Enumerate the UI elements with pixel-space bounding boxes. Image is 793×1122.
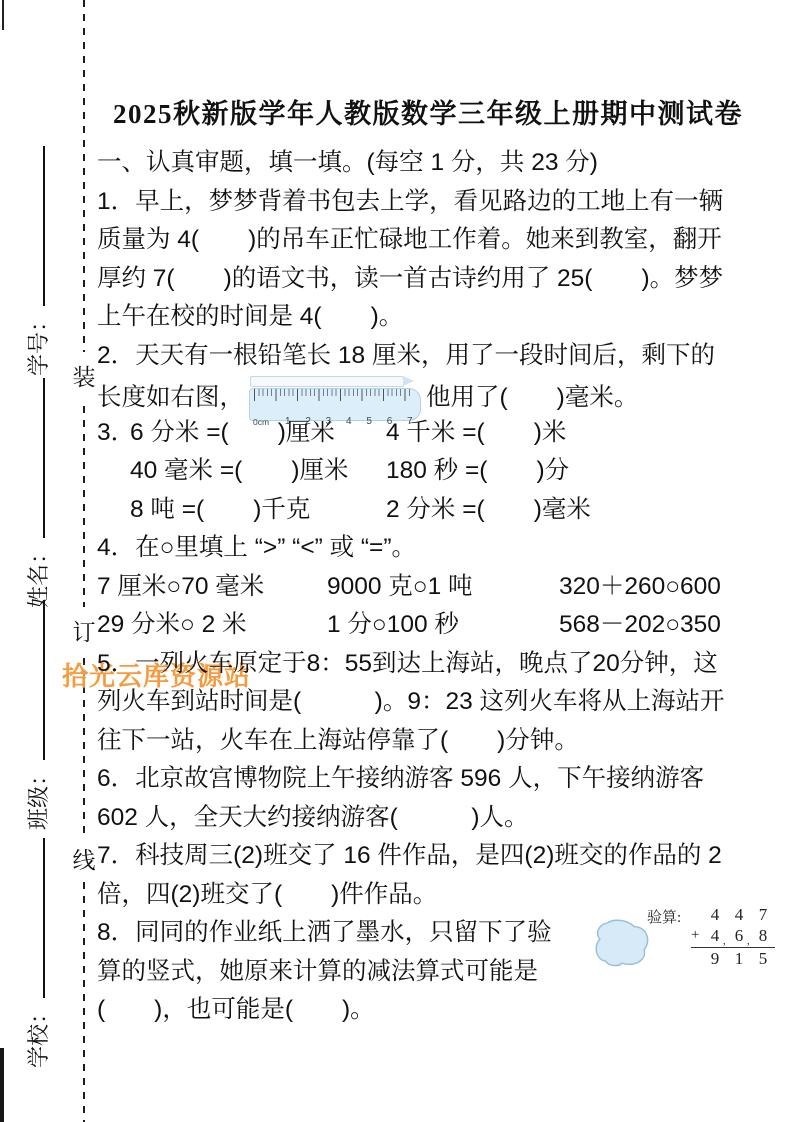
addend-bottom-row: +4,6,8 [691,925,775,948]
ruler-tick-label: 3 [318,403,338,442]
question-1-text: 1．早上，梦梦背着书包去上学，看见路边的工地上有一辆 [97,183,787,222]
ruler-tick-label: 7 [400,403,420,442]
digit: 5 [751,948,775,969]
question-5-text: 往下一站，火车在上海站停靠了( )分钟。 [97,722,787,761]
question-2-text: 2．天天有一根铅笔长 18 厘米，用了一段时间后，剩下的 [97,337,787,376]
digit: 4 [727,904,751,925]
verification-calculation: 验算: 447 +4,6,8 915 [647,904,787,969]
school-blank-line [43,838,45,998]
exam-paper-page: 装 订 线 学号： 姓名： 班级： 学校： 拾光云库资源站 2025秋新版学年人… [0,0,793,1122]
question-7-text: 7．科技周三(2)班交了 16 件作品，是四(2)班交的作品的 2 [97,837,787,876]
ruler-zero-label: 0cm [250,403,278,442]
student-id-field: 学号： [14,146,60,376]
paper-content: 2025秋新版学年人教版数学三年级上册期中测试卷 一、认真审题，填一填。(每空 … [97,0,787,1030]
question-4-comparisons: 7 厘米○70 毫米 9000 克○1 吨 320＋260○600 29 分米○… [97,568,787,645]
question-2: 2．天天有一根铅笔长 18 厘米，用了一段时间后，剩下的 长度如右图，0cm12… [97,337,787,414]
comparison-item: 29 分米○ 2 米 [97,606,327,645]
student-id-blank-line [43,146,45,306]
question-2-text-before: 长度如右图， [97,384,244,411]
digit: 8 [751,925,775,946]
student-name-label: 姓名： [22,542,53,608]
section-one-heading: 一、认真审题，填一填。(每空 1 分，共 23 分) [97,144,787,183]
question-6-text: 6．北京故宫博物院上午接纳游客 596 人，下午接纳游客 [97,760,787,799]
plus-sign: + [691,925,703,946]
question-5: 5．一列火车原定于8：55到达上海站，晚点了20分钟，这 列火车到站时间是( )… [97,645,787,761]
binding-char-zhuang: 装 [69,352,99,399]
comparison-item: 9000 克○1 吨 [327,568,559,607]
question-6: 6．北京故宫博物院上午接纳游客 596 人，下午接纳游客 602 人，全天大约接… [97,760,787,837]
ruler-tick-label: 2 [298,403,318,442]
comparison-item: 568－202○350 [559,606,787,645]
question-2-text-after: 他用了( )毫米。 [426,384,638,411]
scan-edge-artifact [0,1048,4,1122]
question-8-figure: 验算: 447 +4,6,8 915 [589,902,789,1002]
question-1-text: 厚约 7( )的语文书，读一首古诗约用了 25( )。梦梦 [97,260,787,299]
ruler-major-ticks [254,389,412,401]
conversion-item: 2 分米 =( )毫米 [386,491,787,530]
question-5-text: 5．一列火车原定于8：55到达上海站，晚点了20分钟，这 [97,645,787,684]
question-4: 4．在○里填上 “>” “<” 或 “=”。 7 厘米○70 毫米 9000 克… [97,529,787,645]
paper-title: 2025秋新版学年人教版数学三年级上册期中测试卷 [113,97,787,131]
pencil-graphic [250,376,404,387]
conversion-item: 4 千米 =( )米 [386,414,787,453]
conversion-item: 40 毫米 =( )厘米 [130,452,386,491]
comparison-item: 1 分○100 秒 [327,606,559,645]
pencil-ruler-figure: 0cm1234567 [249,375,421,421]
question-1: 1．早上，梦梦背着书包去上学，看见路边的工地上有一辆 质量为 4( )的吊车正忙… [97,183,787,337]
digit: 4 [703,904,727,925]
question-3: 3． 6 分米 =( )厘米 4 千米 =( )米 40 毫米 =( )厘米 1… [97,414,787,530]
student-name-blank-line [43,378,45,538]
digit: 9 [703,948,727,969]
comparison-item: 7 厘米○70 毫米 [97,568,327,607]
conversion-item: 8 吨 =( )千克 [130,491,386,530]
conversion-item: 180 秒 =( )分 [386,452,787,491]
ruler-numbers: 0cm1234567 [250,403,420,442]
verification-label: 验算: [647,906,681,927]
spacer [97,491,130,530]
ruler-graphic: 0cm1234567 [249,388,421,421]
ruler-tick-label: 6 [379,403,399,442]
digit: 7 [751,904,775,925]
question-5-text: 列火车到站时间是( )。9：23 这列火车将从上海站开 [97,683,787,722]
scan-edge-artifact [2,0,4,30]
ruler-tick-label: 5 [359,403,379,442]
sum-result-row: 915 [703,948,787,969]
class-label: 班级： [22,764,53,830]
question-2-text: 长度如右图，0cm1234567他用了( )毫米。 [97,375,787,414]
class-field: 班级： [14,600,60,830]
comparison-item: 320＋260○600 [559,568,787,607]
question-4-heading: 4．在○里填上 “>” “<” 或 “=”。 [97,529,787,568]
digit: 1 [727,948,751,969]
question-1-text: 质量为 4( )的吊车正忙碌地工作着。她来到教室，翻开 [97,221,787,260]
question-3-number: 3． [97,414,130,453]
ruler-tick-label: 1 [278,403,298,442]
class-blank-line [43,600,45,760]
spacer [97,452,130,491]
binding-fold-line [83,0,85,1122]
ink-blot-graphic [591,918,655,968]
question-8: 8．同同的作业纸上洒了墨水，只留下了验 算的竖式，她原来计算的减法算式可能是 (… [97,914,787,1030]
school-field: 学校： [14,838,60,1068]
binding-char-xian: 线 [69,835,99,882]
question-1-text: 上午在校的时间是 4( )。 [97,298,787,337]
student-name-field: 姓名： [14,378,60,608]
addend-top-row: 447 [703,904,787,925]
student-id-label: 学号： [22,310,53,376]
binding-char-ding: 订 [69,607,99,654]
ruler-tick-label: 4 [339,403,359,442]
pencil-tip [403,376,414,386]
school-label: 学校： [22,1002,53,1068]
question-6-text: 602 人，全天大约接纳游客( )人。 [97,799,787,838]
